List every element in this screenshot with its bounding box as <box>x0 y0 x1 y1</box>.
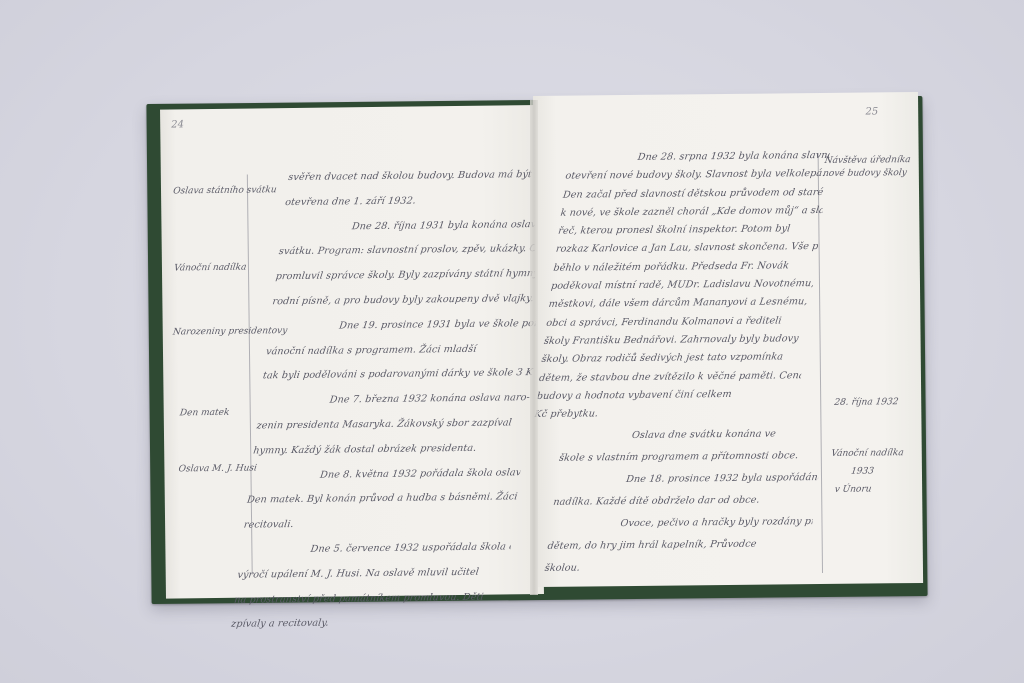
right-page-number: 25 <box>865 106 878 117</box>
text-line: rodní písně, a pro budovy byly zakoupeny… <box>271 287 544 315</box>
right-page: 25 Návštěva úředníka nové budovy školy 2… <box>533 92 923 587</box>
text-line: městkovi, dále všem dárcům Mananyovi a L… <box>547 293 811 314</box>
margin-note-text: nové budovy školy <box>822 168 907 179</box>
text-line: dětem, do hry jim hrál kapelník, Průvodc… <box>546 533 811 558</box>
text-line: Dne 18. prosince 1932 byla uspořádána vá… <box>555 467 820 492</box>
text-line: Dne 28. října 1931 byla konána oslava st… <box>280 212 553 240</box>
margin-note-text: Oslava státního svátku <box>172 185 277 196</box>
left-page-body: svěřen dvacet nad školou budovy. Budova … <box>229 163 559 638</box>
right-page-body: Dne 28. srpna 1932 byla konána slavnost … <box>533 147 831 425</box>
margin-note: Vánoční nadílka <box>173 262 247 276</box>
left-page-number: 24 <box>171 119 184 130</box>
photo-scene: 24 Oslava státního svátku Vánoční nadílk… <box>0 0 1024 683</box>
text-line: otevřena dne 1. září 1932. <box>283 188 556 216</box>
text-line: dětem, že stavbou dne zvítězilo k věčné … <box>538 367 802 388</box>
margin-note: Oslava státního svátku <box>172 184 277 198</box>
text-line: na prostranství před památníkem promluvo… <box>233 585 506 613</box>
text-line: Dne 7. března 1932 konána oslava naro- <box>258 386 531 414</box>
text-line: tak byli podělováni s podarovanými dárky… <box>261 361 534 389</box>
text-line: promluvil správce školy. Byly zazpívány … <box>274 262 547 290</box>
text-line: hymny. Každý žák dostal obrázek presiden… <box>252 436 525 464</box>
text-line: Kč přebytku. <box>533 403 797 424</box>
text-line: nadílka. Každé dítě obdrželo dar od obce… <box>552 489 817 514</box>
text-line: rozkaz Karlovice a Jan Lau, slavnost sko… <box>555 238 819 259</box>
left-page: 24 Oslava státního svátku Vánoční nadílk… <box>160 105 544 599</box>
text-line: škole s vlastním programem a přítomnosti… <box>558 445 823 470</box>
margin-note-text: v Únoru <box>826 484 872 494</box>
text-line: Dne 8. května 1932 pořádala škola oslavu <box>248 461 521 489</box>
text-line: školou. <box>543 555 808 580</box>
text-line: výročí upálení M. J. Husi. Na oslavě mlu… <box>236 560 509 588</box>
margin-note: Návštěva úředníka nové budovy školy <box>822 154 911 181</box>
text-line: Den matek. Byl konán průvod a hudba s bá… <box>245 486 518 514</box>
book-spine-gutter <box>530 100 538 595</box>
right-page-body-lower: Oslava dne svátku konána ve škole s vlas… <box>543 423 825 580</box>
text-line: vánoční nadílka s programem. Žáci mladší <box>264 337 537 365</box>
text-line: zenin presidenta Masaryka. Žákovský sbor… <box>255 411 528 439</box>
margin-note-text: 28. října 1932 <box>834 397 899 408</box>
text-line: Dne 5. července 1932 uspořádala škola os… <box>239 535 512 563</box>
margin-note: Vánoční nadílka 1933 v Únoru <box>825 444 904 499</box>
text-line: Dne 19. prosince 1931 byla ve škole pořá… <box>268 312 541 340</box>
margin-note: Den matek <box>179 407 230 421</box>
text-line: školy. Obraz rodičů šedivých jest tato v… <box>540 348 804 369</box>
margin-note: 28. října 1932 <box>833 396 899 410</box>
margin-note-text: Vánoční nadílka <box>831 448 905 459</box>
margin-note-text: Návštěva úředníka <box>824 155 911 166</box>
margin-note-text: Oslava M. J. Husi <box>178 463 258 474</box>
text-line: otevření nové budovy školy. Slavnost byl… <box>564 165 828 186</box>
text-line: Ovoce, pečivo a hračky byly rozdány přít… <box>549 511 814 536</box>
text-line: zpívaly a recitovaly. <box>229 610 502 638</box>
margin-note-text: Vánoční nadílka <box>173 263 247 274</box>
text-line: Oslava dne svátku konána ve <box>560 423 825 448</box>
text-line: svěřen dvacet nad školou budovy. Budova … <box>287 163 560 191</box>
text-line: recitovali. <box>242 510 515 538</box>
margin-note: Oslava M. J. Husi <box>178 462 258 476</box>
margin-note-text: Den matek <box>179 408 230 419</box>
text-line: svátku. Program: slavnostní proslov, zpě… <box>277 237 550 265</box>
margin-note-text: 1933 <box>828 466 874 476</box>
